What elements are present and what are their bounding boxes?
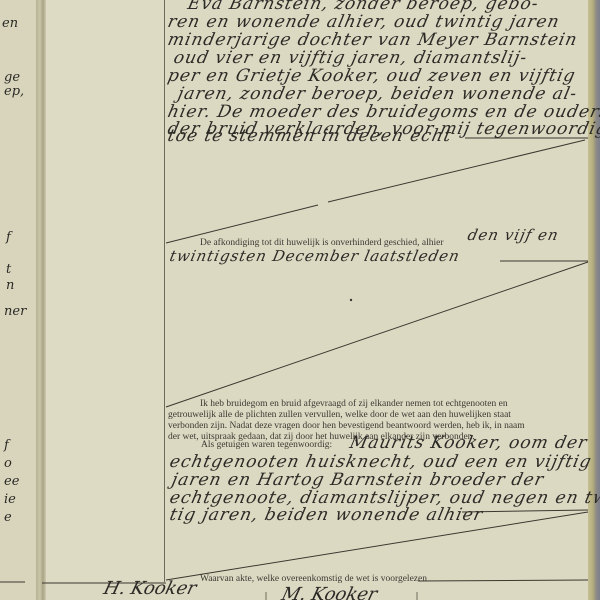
declaration-line: verbonden zijn. Nadat deze vragen door h… — [168, 421, 580, 432]
signature-1: H. Kooker — [101, 578, 198, 599]
handwritten-line: per en Grietje Kooker, oud zeven en vijf… — [166, 66, 578, 86]
declaration-line: getrouwelijk alle de plichten zullen ver… — [168, 410, 580, 421]
handwritten-line: ren en wonende alhier, oud twintig jaren — [166, 12, 562, 32]
proclamation-date-1: den vijf en — [466, 226, 561, 244]
closing-text: Waarvan akte, welke overeenkomstig de we… — [200, 574, 427, 584]
handwritten-line: jaren, zonder beroep, beiden wonende al- — [176, 84, 579, 104]
witness-line: jaren en Hartog Barnstein broeder der — [170, 470, 546, 490]
handwritten-line: oud vier en vijftig jaren, diamantslij- — [172, 48, 529, 68]
signature-2: M. Kooker — [279, 584, 379, 600]
proclamation-date-2: twintigsten December laatstleden — [168, 247, 462, 265]
witnesses-label: Als getuigen waren tegenwoordig: — [201, 440, 332, 450]
handwritten-line: minderjarige dochter van Meyer Barnstein — [166, 30, 580, 50]
handwritten-line: toe te stemmen in deeen echt — [166, 126, 454, 146]
declaration-line: Ik heb bruidegom en bruid afgevraagd of … — [168, 399, 580, 410]
witness-line: echtgenooten huisknecht, oud een en vijf… — [168, 452, 594, 472]
witness-line: Maurits Kooker, oom der — [348, 433, 589, 453]
witness-line: tig jaren, beiden wonende alhier — [168, 505, 485, 525]
